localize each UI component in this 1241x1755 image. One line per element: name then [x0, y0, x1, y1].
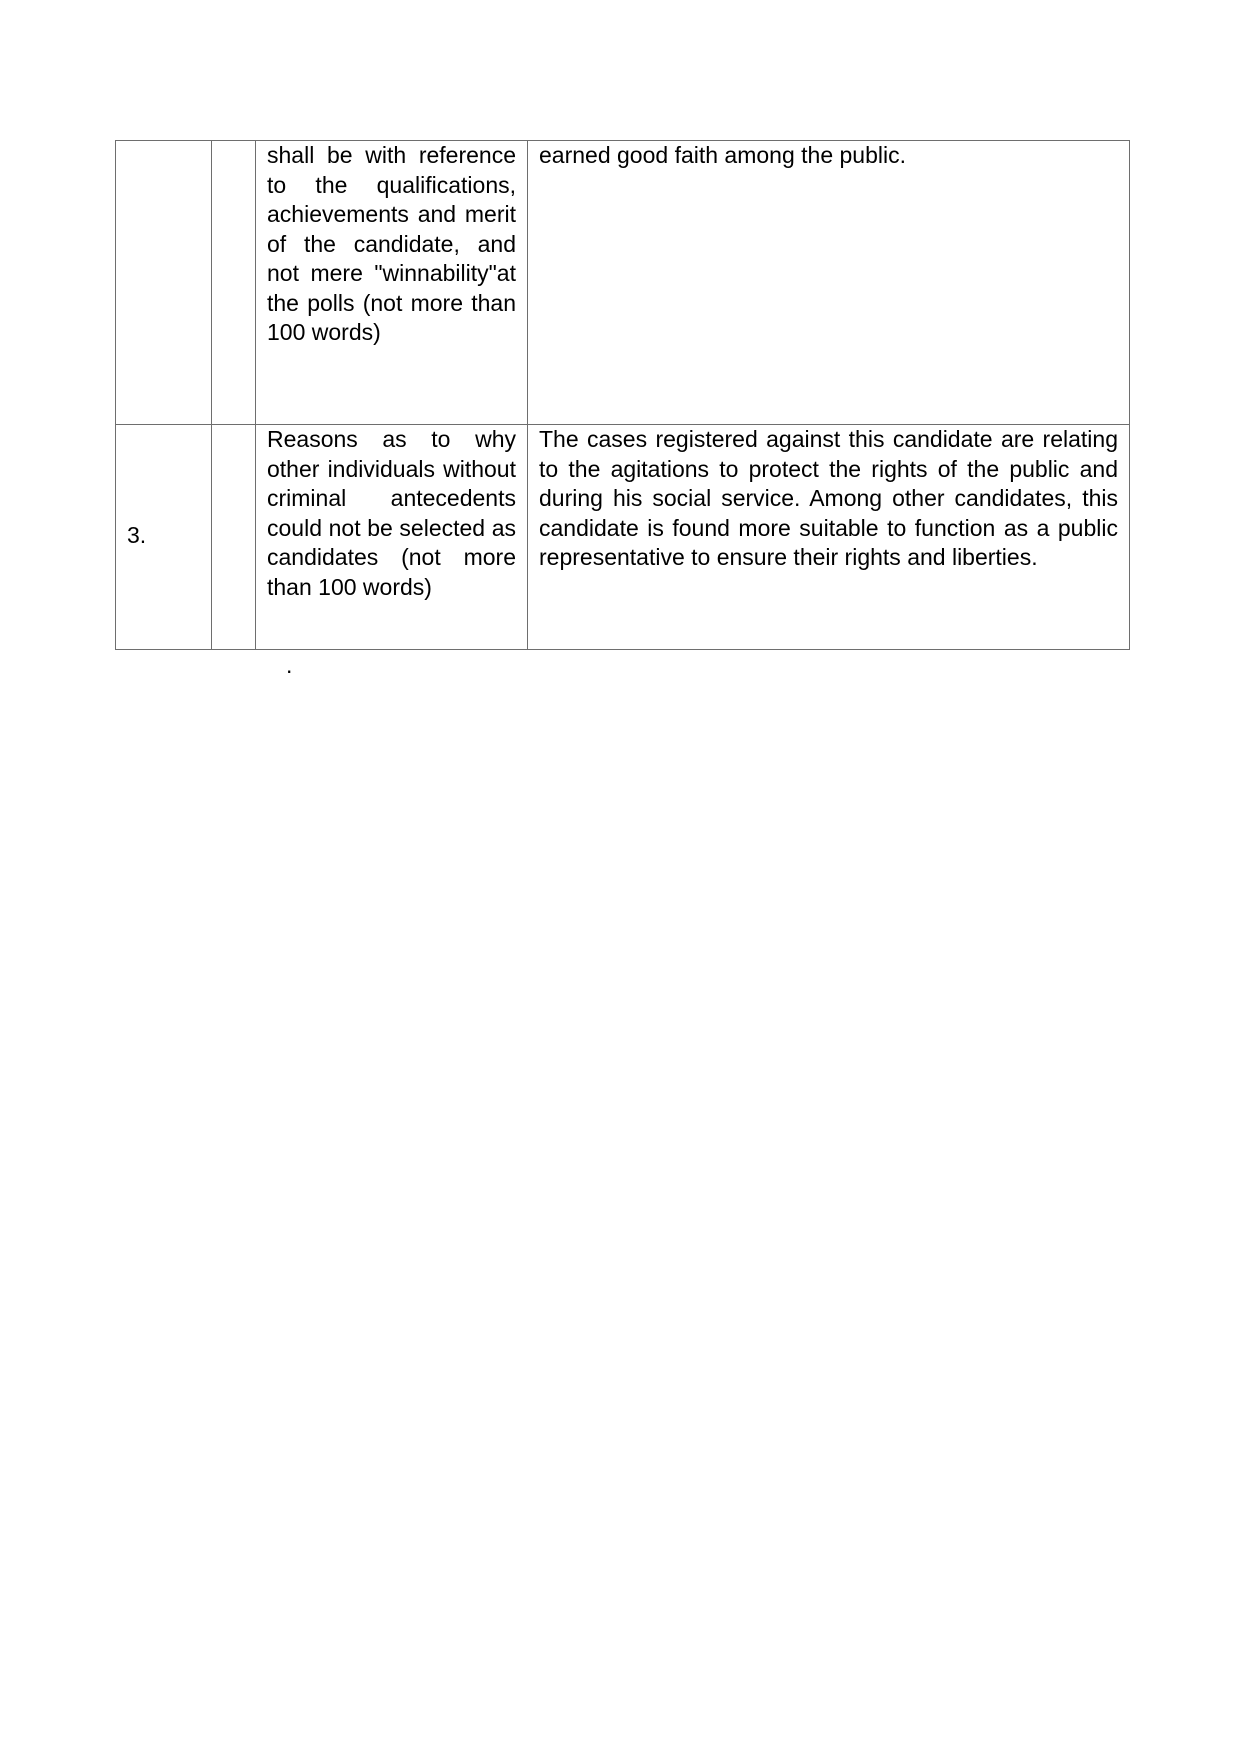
serial-cell: [116, 141, 212, 425]
sub-cell: [212, 425, 256, 650]
question-cell: Reasons as to why other individuals with…: [256, 425, 528, 650]
question-cell: shall be with reference to the qualifica…: [256, 141, 528, 425]
sub-cell: [212, 141, 256, 425]
table-row: 3. Reasons as to why other individuals w…: [116, 425, 1130, 650]
serial-cell: 3.: [116, 425, 212, 650]
serial-number: 3.: [127, 522, 146, 548]
answer-cell: The cases registered against this candid…: [528, 425, 1130, 650]
answer-cell: earned good faith among the public.: [528, 141, 1130, 425]
candidate-disclosure-table: shall be with reference to the qualifica…: [115, 140, 1130, 650]
table-row: shall be with reference to the qualifica…: [116, 141, 1130, 425]
trailing-mark: .: [286, 652, 292, 679]
